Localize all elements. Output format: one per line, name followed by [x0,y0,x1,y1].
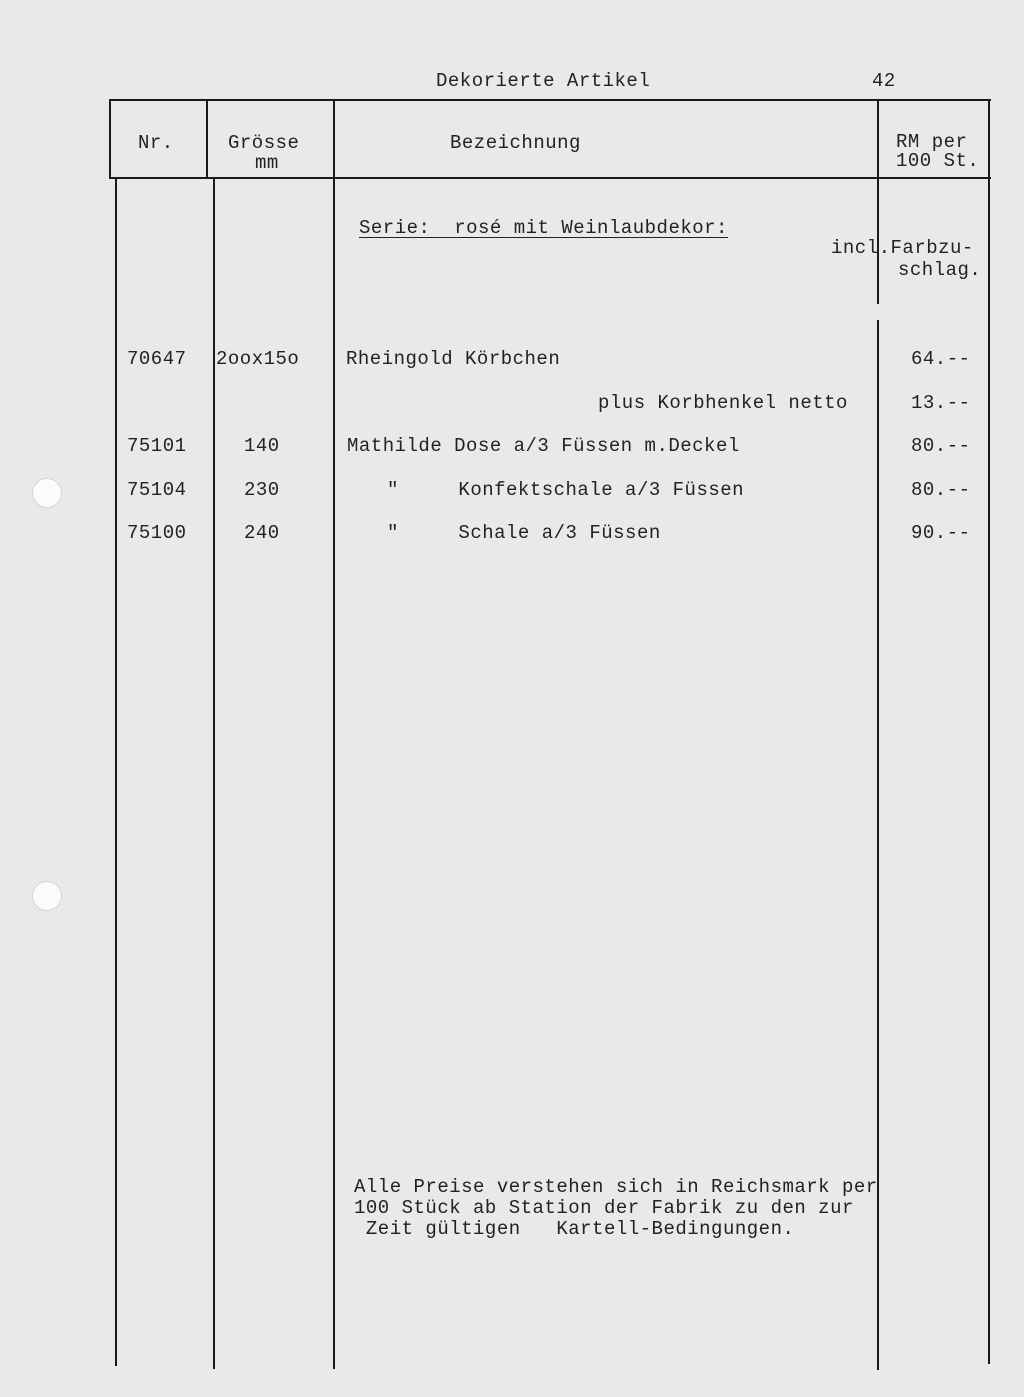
footnote: Zeit gültigen Kartell-Bedingungen. [354,1218,794,1240]
table-top-border [109,99,991,101]
punch-hole [32,881,62,911]
item-description: " Konfektschale a/3 Füssen [387,479,744,501]
page-title: Dekorierte Artikel [436,70,650,92]
item-price: 80.-- [911,479,971,501]
punch-hole [32,478,62,508]
item-price: 64.-- [911,348,971,370]
item-price: 80.-- [911,435,971,457]
item-number: 75101 [127,435,187,457]
column-divider [877,99,879,304]
item-price: 90.-- [911,522,971,544]
header-nr: Nr. [138,132,174,154]
header-groesse: Grösse [228,132,299,154]
header-bezeichnung: Bezeichnung [450,132,581,154]
column-divider [877,320,879,1370]
item-description: " Schale a/3 Füssen [387,522,661,544]
column-divider [988,99,990,1364]
column-divider [213,179,215,1369]
column-divider [206,99,208,179]
price-note: incl.Farbzu- [831,237,974,259]
item-size: 2oox15o [216,348,299,370]
item-number: 75104 [127,479,187,501]
footnote: Alle Preise verstehen sich in Reichsmark… [354,1176,878,1198]
column-divider [115,179,117,1366]
header-groesse-unit: mm [255,152,279,174]
item-size: 230 [244,479,280,501]
item-number: 70647 [127,348,187,370]
item-size: 240 [244,522,280,544]
page-number: 42 [872,70,896,92]
item-description: Rheingold Körbchen [346,348,560,370]
item-description: plus Korbhenkel netto [598,392,848,414]
item-description: Mathilde Dose a/3 Füssen m.Deckel [347,435,740,457]
column-divider [109,99,111,179]
header-price-unit: 100 St. [896,150,979,172]
item-number: 75100 [127,522,187,544]
item-price: 13.-- [911,392,971,414]
footnote: 100 Stück ab Station der Fabrik zu den z… [354,1197,854,1219]
column-divider [333,99,335,1369]
price-note: schlag. [898,259,981,281]
item-size: 140 [244,435,280,457]
header-bottom-border [109,177,991,179]
series-heading: Serie: rosé mit Weinlaubdekor: [359,217,728,239]
